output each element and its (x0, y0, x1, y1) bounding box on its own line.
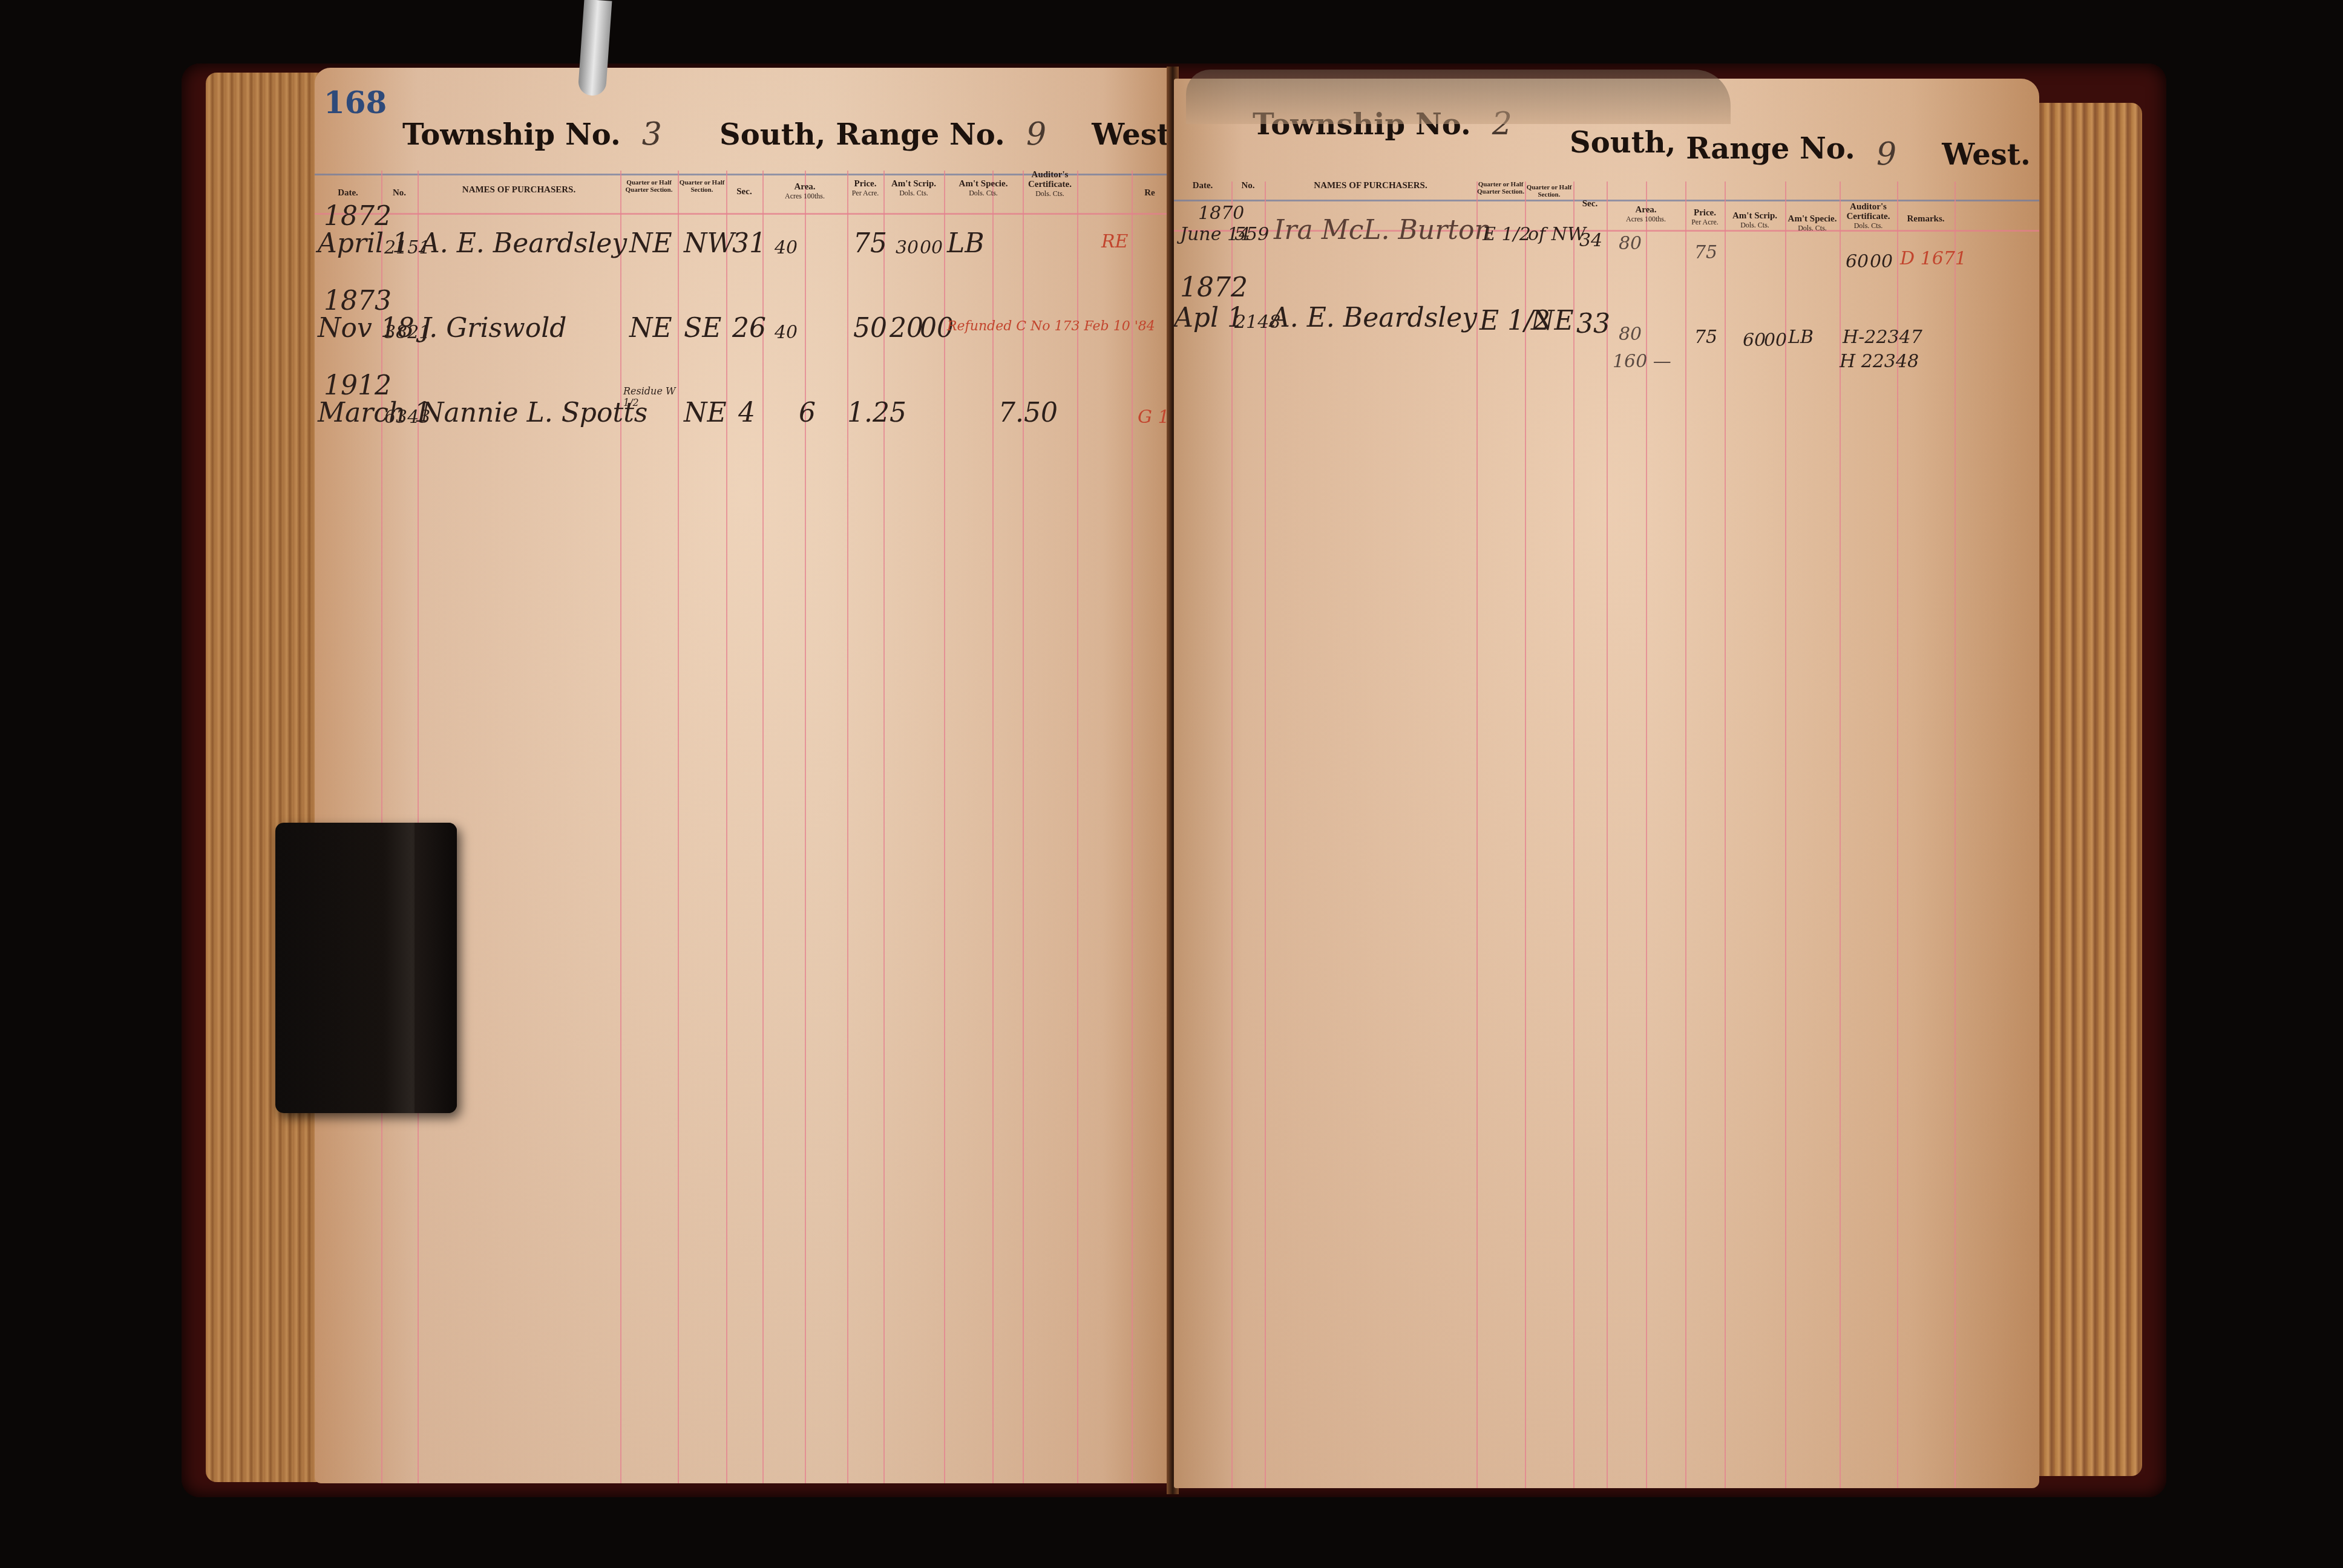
entry-year: 1873 (324, 286, 392, 316)
torn-page-corner (1186, 70, 1731, 124)
entry-acres-total: 160 — (1613, 351, 1671, 372)
direction-ew: West. (1942, 138, 2030, 172)
range-value: 9 (1015, 116, 1057, 152)
entry-year: 1870 (1198, 203, 1244, 224)
col-price: Price.Per Acre. (847, 180, 883, 197)
entry-remark: G 17 (1138, 407, 1171, 428)
range-label: Range No. (1686, 132, 1855, 166)
entry-auditor-2: H 22348 (1840, 351, 1919, 372)
entry-q: NE (684, 397, 727, 428)
entry-year: 1912 (324, 370, 392, 401)
entry-price: 75 (1694, 327, 1717, 348)
left-page: 168 Township No. 3 South, Range No. 9 We… (315, 68, 1171, 1483)
entry-sec: 34 (1579, 230, 1602, 251)
entry-year: 1872 (324, 201, 392, 232)
entry-qq: Residue W 1/2 (623, 385, 678, 408)
col-names: NAMES OF PURCHASERS. (1265, 181, 1476, 191)
entry-name: A. E. Beardsley (421, 228, 627, 259)
entry-sec: 26 (732, 313, 766, 344)
entry-date: Apl 1 (1174, 302, 1244, 333)
col-remarks: Re (1132, 189, 1168, 198)
book-weight (275, 823, 457, 1113)
direction-ns: South, (719, 118, 825, 152)
left-page-title: Township No. 3 South, Range No. 9 West. (402, 116, 1171, 152)
range-label: Range No. (836, 118, 1005, 152)
entry-name: A. E. Beardsley (1271, 302, 1477, 333)
col-auditor: Auditor's Certificate.Dols. Cts. (1840, 203, 1897, 229)
entry-auditor: H-22347 (1843, 327, 1922, 348)
col-names: NAMES OF PURCHASERS. (418, 186, 620, 195)
entry-specie: LB (1788, 327, 1814, 348)
col-date: Date. (315, 189, 381, 198)
entry-no: 559 (1234, 224, 1269, 245)
entry-qq: E 1/2 (1483, 224, 1531, 245)
col-no: No. (1231, 181, 1265, 191)
col-q-section: Quarter or Half Section. (678, 180, 726, 194)
left-page-edges (206, 73, 327, 1482)
range-value: 9 (1865, 136, 1907, 172)
entry-price: 1.25 (847, 397, 906, 428)
col-specie: Am't Specie.Dols. Cts. (1785, 215, 1840, 232)
entry-price: 75 (1694, 242, 1717, 263)
header-bottom-rule (315, 213, 1171, 215)
col-date: Date. (1174, 181, 1231, 191)
entry-acres: 40 (775, 322, 798, 343)
entry-year: 1872 (1180, 272, 1248, 303)
entry-scrip-dols: 30 (896, 237, 919, 258)
entry-remark: RE (1101, 231, 1129, 252)
entry-q: of NW (1528, 224, 1586, 245)
entry-acres: 6 (799, 397, 816, 428)
col-remarks: Remarks. (1897, 215, 1955, 224)
township-value: 3 (631, 116, 673, 152)
col-scrip: Am't Scrip.Dols. Cts. (883, 180, 944, 197)
entry-sec: 33 (1576, 309, 1610, 339)
entry-acres: 40 (775, 237, 798, 258)
entry-scrip-dols: 60 (1743, 330, 1766, 351)
right-page: Township No. 2 South, Range No. 9 West. … (1174, 79, 2039, 1488)
entry-sec: 31 (732, 228, 766, 259)
entry-price: 50 (853, 313, 887, 344)
township-label: Township No. (402, 118, 621, 152)
entry-scrip-cts: 00 (1764, 330, 1787, 351)
entry-name: Ira McL. Burton (1274, 215, 1492, 246)
col-area: Area.Acres 100ths. (1607, 206, 1685, 223)
entry-q: SE (684, 313, 721, 344)
entry-acres: 80 (1619, 233, 1642, 254)
entry-qq: NE (629, 228, 672, 259)
entry-specie: 7.50 (998, 397, 1058, 428)
col-sec: Sec. (726, 188, 762, 197)
entry-q: NE (1531, 305, 1574, 336)
col-specie: Am't Specie.Dols. Cts. (944, 180, 1023, 197)
entry-q: NW (684, 228, 735, 259)
right-page-edges (2033, 103, 2142, 1476)
entry-remark: D 1671 (1900, 248, 1967, 269)
entry-auditor-cts: 00 (1870, 251, 1893, 272)
entry-refund-note: Refunded C No 173 Feb 10 '84 (947, 319, 1155, 334)
entry-acres: 80 (1619, 324, 1642, 345)
entry-scrip-cts: 00 (920, 237, 943, 258)
entry-name: Nannie L. Spotts (421, 397, 647, 428)
entry-sec: 4 (738, 397, 755, 428)
col-qq-section: Quarter or Half Quarter Section. (1476, 181, 1525, 195)
col-qq-section: Quarter or Half Quarter Section. (620, 180, 678, 194)
col-scrip: Am't Scrip.Dols. Cts. (1725, 212, 1785, 229)
col-auditor: Auditor's Certificate.Dols. Cts. (1023, 171, 1077, 197)
entry-price: 75 (853, 228, 887, 259)
direction-ew: West. (1092, 118, 1171, 152)
col-q-section: Quarter or Half Section. (1525, 185, 1573, 198)
entry-name: J. Griswold (421, 313, 566, 344)
page-number: 168 (324, 85, 387, 120)
entry-auditor-dols: 60 (1846, 251, 1869, 272)
entry-scrip-dols: 20 (890, 313, 923, 344)
col-price: Price.Per Acre. (1685, 209, 1725, 226)
col-sec: Sec. (1573, 200, 1607, 209)
direction-ns: South, (1570, 126, 1676, 160)
col-area: Area.Acres 100ths. (762, 183, 847, 200)
col-no: No. (381, 189, 418, 198)
entry-specie: LB (947, 228, 985, 259)
entry-qq: NE (629, 313, 672, 344)
